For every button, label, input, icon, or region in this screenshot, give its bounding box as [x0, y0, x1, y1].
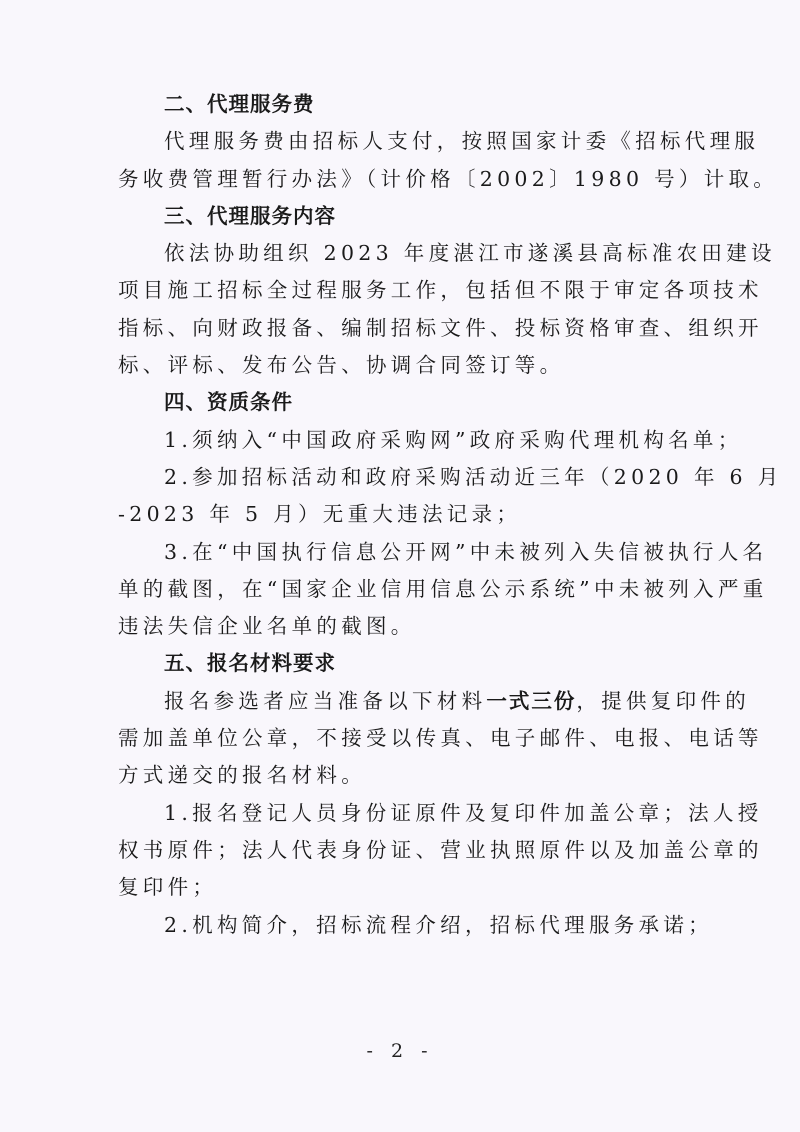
list-item-line: 1.须纳入“中国政府采购网”政府采购代理机构名单； [118, 422, 692, 459]
paragraph-line: 方式递交的报名材料。 [118, 757, 692, 794]
paragraph-line: 代理服务费由招标人支付，按照国家计委《招标代理服 [118, 123, 692, 160]
paragraph-line: 需加盖单位公章，不接受以传真、电子邮件、电报、电话等 [118, 720, 692, 757]
section-heading-materials: 五、报名材料要求 [118, 645, 692, 682]
list-item-line: 1.报名登记人员身份证原件及复印件加盖公章；法人授 [118, 795, 692, 832]
emphasis-three-copies: 一式三份 [486, 689, 576, 713]
paragraph-line: 指标、向财政报备、编制招标文件、投标资格审查、组织开 [118, 310, 692, 347]
paragraph-line: 标、评标、发布公告、协调合同签订等。 [118, 347, 692, 384]
paragraph-line: 务收费管理暂行办法》（计价格〔2002〕1980 号）计取。 [118, 161, 692, 198]
text-segment: 报名参选者应当准备以下材料 [164, 689, 486, 713]
list-item-line: 复印件； [118, 869, 692, 906]
section-heading-content: 三、代理服务内容 [118, 198, 692, 235]
section-heading-fee: 二、代理服务费 [118, 86, 692, 123]
list-item-line: 2.参加招标活动和政府采购活动近三年（2020 年 6 月 [118, 459, 692, 496]
text-segment: ，提供复印件的 [576, 689, 750, 713]
list-item-line: 单的截图，在“国家企业信用信息公示系统”中未被列入严重 [118, 571, 692, 608]
section-heading-qualification: 四、资质条件 [118, 384, 692, 421]
list-item-line: 3.在“中国执行信息公开网”中未被列入失信被执行人名 [118, 534, 692, 571]
list-item-line: 2.机构简介，招标流程介绍，招标代理服务承诺； [118, 907, 692, 944]
page-number: - 2 - [0, 1040, 800, 1062]
list-item-line: 权书原件；法人代表身份证、营业执照原件以及加盖公章的 [118, 832, 692, 869]
list-item-line: 违法失信企业名单的截图。 [118, 608, 692, 645]
list-item-line: -2023 年 5 月）无重大违法记录； [118, 496, 692, 533]
paragraph-line-with-emphasis: 报名参选者应当准备以下材料一式三份，提供复印件的 [118, 683, 692, 720]
document-page: 二、代理服务费 代理服务费由招标人支付，按照国家计委《招标代理服 务收费管理暂行… [118, 86, 692, 944]
paragraph-line: 项目施工招标全过程服务工作，包括但不限于审定各项技术 [118, 272, 692, 309]
paragraph-line: 依法协助组织 2023 年度湛江市遂溪县高标准农田建设 [118, 235, 692, 272]
